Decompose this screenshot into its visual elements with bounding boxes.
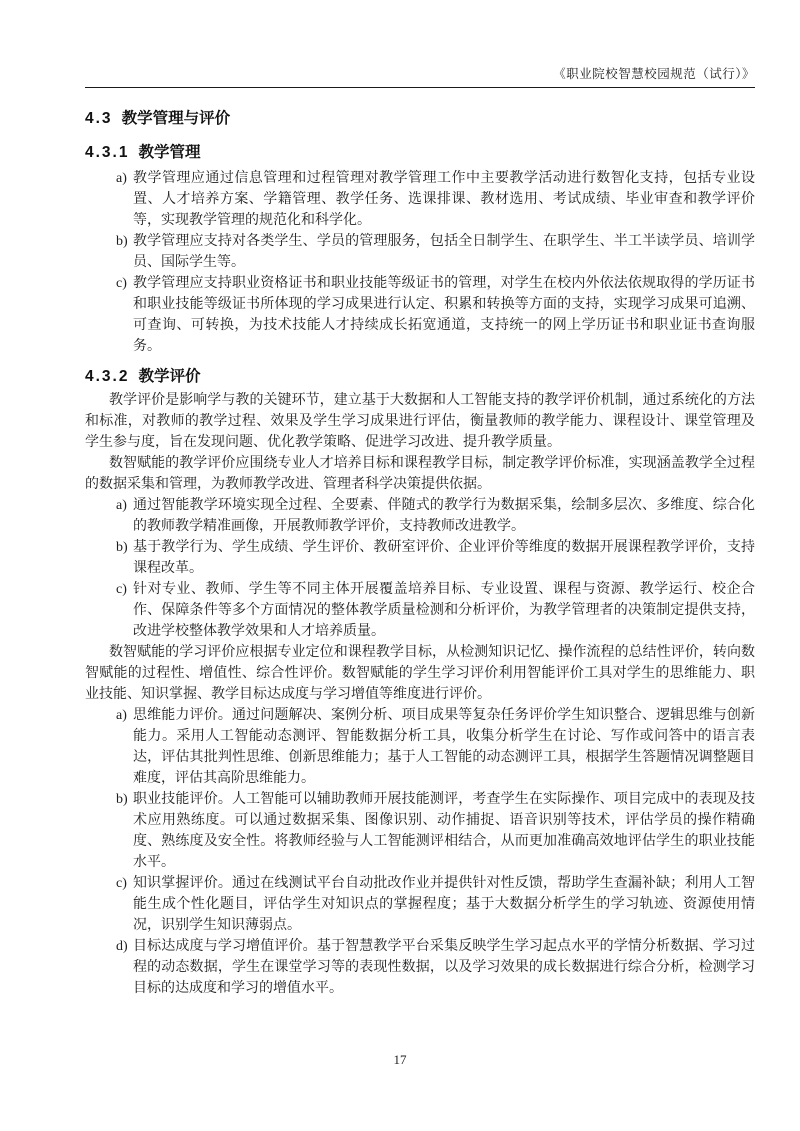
section-number: 4.3 (85, 110, 113, 127)
list-marker: a) (116, 705, 127, 726)
list-item: c) 针对专业、教师、学生等不同主体开展覆盖培养目标、专业设置、课程与资源、教学… (85, 579, 755, 642)
list-marker: c) (116, 579, 127, 600)
list-item-text: 教学管理应通过信息管理和过程管理对教学管理工作中主要教学活动进行数智化支持，包括… (133, 171, 755, 228)
section-title: 教学管理与评价 (122, 110, 231, 127)
list-marker: a) (116, 495, 127, 516)
header-rule (85, 87, 755, 88)
list-marker: a) (116, 168, 127, 189)
list-marker: b) (116, 789, 128, 810)
list-item-text: 目标达成度与学习增值评价。基于智慧教学平台采集反映学生学习起点水平的学情分析数据… (133, 939, 755, 996)
list-marker: c) (116, 873, 127, 894)
list-marker: b) (116, 231, 128, 252)
list-learning-evaluation: a) 思维能力评价。通过问题解决、案例分析、项目成果等复杂任务评价学生知识整合、… (85, 705, 755, 999)
list-item: a) 教学管理应通过信息管理和过程管理对教学管理工作中主要教学活动进行数智化支持… (85, 168, 755, 231)
list-item-text: 教学管理应支持职业资格证书和职业技能等级证书的管理，对学生在校内外依法依规取得的… (133, 276, 755, 354)
list-item: c) 教学管理应支持职业资格证书和职业技能等级证书的管理，对学生在校内外依法依规… (85, 273, 755, 357)
list-item: b) 基于教学行为、学生成绩、学生评价、教研室评价、企业评价等维度的数据开展课程… (85, 537, 755, 579)
running-header-title: 《职业院校智慧校园规范（试行）》 (85, 67, 755, 81)
document-body: 4.3教学管理与评价 4.3.1教学管理 a) 教学管理应通过信息管理和过程管理… (85, 108, 755, 999)
list-item: c) 知识掌握评价。通过在线测试平台自动批改作业并提供针对性反馈，帮助学生查漏补… (85, 873, 755, 936)
list-item: b) 职业技能评价。人工智能可以辅助教师开展技能测评，考查学生在实际操作、项目完… (85, 789, 755, 873)
list-item-text: 通过智能教学环境实现全过程、全要素、伴随式的教学行为数据采集，绘制多层次、多维度… (133, 498, 755, 534)
list-marker: c) (116, 273, 127, 294)
section-title: 教学评价 (138, 368, 200, 385)
paragraph: 数智赋能的教学评价应围绕专业人才培养目标和课程教学目标，制定教学评价标准，实现涵… (85, 453, 755, 495)
section-4-3-heading: 4.3教学管理与评价 (85, 108, 755, 130)
document-page: 《职业院校智慧校园规范（试行）》 4.3教学管理与评价 4.3.1教学管理 a)… (0, 0, 800, 1131)
list-marker: d) (116, 936, 128, 957)
section-title: 教学管理 (138, 144, 200, 161)
list-item-text: 教学管理应支持对各类学生、学员的管理服务，包括全日制学生、在职学生、半工半读学员… (133, 234, 755, 270)
list-teaching-evaluation: a) 通过智能教学环境实现全过程、全要素、伴随式的教学行为数据采集，绘制多层次、… (85, 495, 755, 642)
list-item: a) 思维能力评价。通过问题解决、案例分析、项目成果等复杂任务评价学生知识整合、… (85, 705, 755, 789)
paragraph: 教学评价是影响学与教的关键环节，建立基于大数据和人工智能支持的教学评价机制，通过… (85, 390, 755, 453)
section-4-3-1-heading: 4.3.1教学管理 (85, 142, 755, 164)
running-header: 《职业院校智慧校园规范（试行）》 (85, 0, 755, 88)
list-marker: b) (116, 537, 128, 558)
list-4-3-1: a) 教学管理应通过信息管理和过程管理对教学管理工作中主要教学活动进行数智化支持… (85, 168, 755, 357)
list-item-text: 知识掌握评价。通过在线测试平台自动批改作业并提供针对性反馈，帮助学生查漏补缺；利… (133, 876, 755, 933)
paragraph: 数智赋能的学习评价应根据专业定位和课程教学目标，从检测知识记忆、操作流程的总结性… (85, 642, 755, 705)
list-item-text: 针对专业、教师、学生等不同主体开展覆盖培养目标、专业设置、课程与资源、教学运行、… (133, 582, 755, 639)
list-item: a) 通过智能教学环境实现全过程、全要素、伴随式的教学行为数据采集，绘制多层次、… (85, 495, 755, 537)
list-item-text: 职业技能评价。人工智能可以辅助教师开展技能测评，考查学生在实际操作、项目完成中的… (133, 792, 755, 870)
list-item: b) 教学管理应支持对各类学生、学员的管理服务，包括全日制学生、在职学生、半工半… (85, 231, 755, 273)
list-item: d) 目标达成度与学习增值评价。基于智慧教学平台采集反映学生学习起点水平的学情分… (85, 936, 755, 999)
page-number: 17 (0, 1052, 800, 1068)
list-item-text: 思维能力评价。通过问题解决、案例分析、项目成果等复杂任务评价学生知识整合、逻辑思… (133, 708, 755, 786)
section-4-3-2-heading: 4.3.2教学评价 (85, 366, 755, 388)
section-number: 4.3.2 (85, 368, 129, 385)
list-item-text: 基于教学行为、学生成绩、学生评价、教研室评价、企业评价等维度的数据开展课程教学评… (133, 540, 755, 576)
section-number: 4.3.1 (85, 144, 129, 161)
